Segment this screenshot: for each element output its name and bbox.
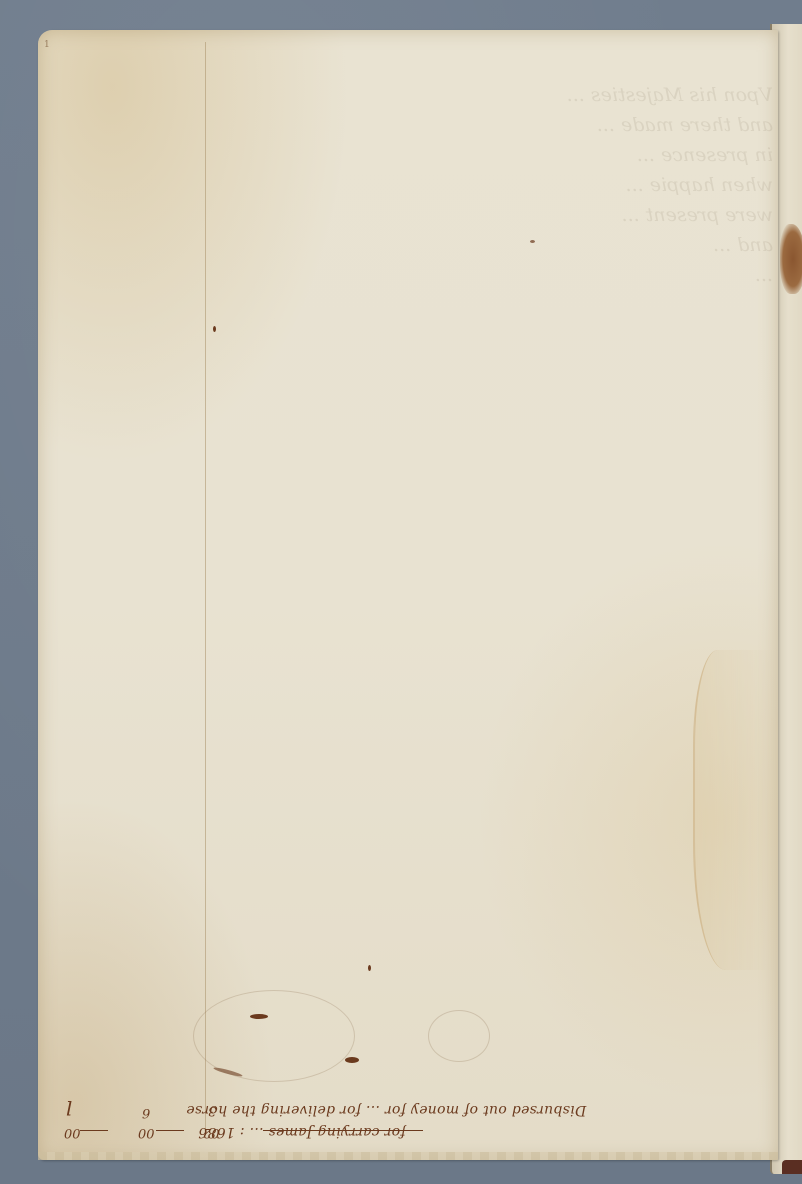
ruled-margin-line <box>205 42 206 1132</box>
amount-rule <box>80 1130 108 1131</box>
binding-edge <box>782 1160 802 1174</box>
inverted-account-entry: for carrying James ... : 1686 Disbursed … <box>38 1086 778 1146</box>
ink-blot <box>213 326 216 332</box>
ink-blot <box>345 1057 359 1063</box>
bleed-through-text: Vpon his Majesties ... and there made ..… <box>213 80 773 900</box>
entry-line-1: for carrying James ... : 1686 <box>198 1124 406 1140</box>
amount-farthings-2: l <box>66 1096 72 1120</box>
leaf-stain <box>780 224 802 294</box>
amount-farthings-1: 00 <box>64 1125 81 1140</box>
amount-rule <box>263 1130 423 1131</box>
amount-pence-2: 6 <box>142 1105 150 1120</box>
amount-shillings-2: 3 <box>208 1103 216 1118</box>
water-stain <box>693 650 775 970</box>
faint-arc <box>428 1010 490 1062</box>
amount-shillings-1: 02 <box>203 1125 220 1140</box>
ink-blot <box>530 240 535 243</box>
manuscript-page: 1 Vpon his Majesties ... and there made … <box>38 30 778 1160</box>
faint-arc <box>193 990 355 1082</box>
amount-rule <box>156 1130 184 1131</box>
ink-blot <box>368 965 371 971</box>
amount-pence-1: 00 <box>138 1125 155 1140</box>
entry-line-2: Disbursed out of money for ... for deliv… <box>186 1102 586 1118</box>
corner-mark: 1 <box>44 40 50 50</box>
